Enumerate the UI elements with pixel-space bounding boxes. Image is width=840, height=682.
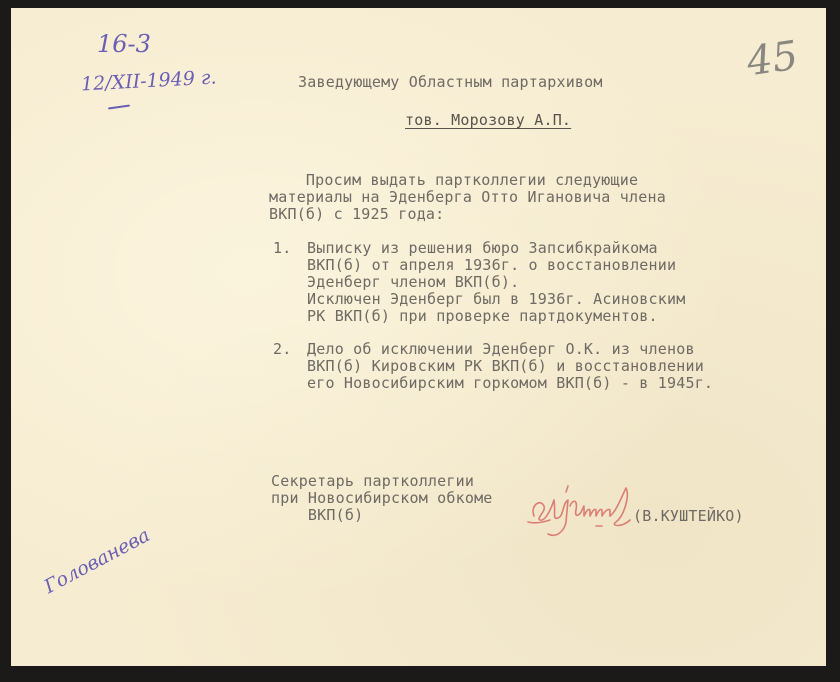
signatory-title-line: Секретарь партколлегии [271,473,493,490]
handwritten-reference: 16-3 [97,30,151,58]
addressee-line-2: тов. Морозову А.П. [405,112,571,129]
list-item-1: 1. Выписку из решения бюро Запсибкрайком… [273,240,685,325]
date-underline-mark [108,104,130,109]
item-line: РК ВКП(б) при проверке партдокументов. [307,308,685,325]
intro-line: материалы на Эденберга Отто Игановича чл… [269,189,666,206]
item-line: ВКП(б) Кировским РК ВКП(б) и восстановле… [307,358,713,375]
intro-line: Просим выдать партколлегии следующие [269,172,666,189]
item-line: Эденберг членом ВКП(б). [307,274,685,291]
list-item-2: 2. Дело об исключении Эденберг О.К. из ч… [273,341,713,392]
intro-paragraph: Просим выдать партколлегии следующие мат… [269,172,666,223]
addressee-line-1: Заведующему Областным партархивом [298,74,603,91]
document-page: 16-3 12/XII-1949 г. 45 Заведующему Облас… [11,8,826,666]
signatory-title-line: при Новосибирском обкоме [271,490,493,507]
handwritten-date: 12/XII-1949 г. [81,66,218,95]
item-number: 2. [273,341,303,358]
signatory-name: (В.КУШТЕЙКО) [633,508,744,525]
item-line: Выписку из решения бюро Запсибкрайкома [307,240,685,257]
item-number: 1. [273,240,303,257]
margin-handwritten-name: Голованева [41,524,154,598]
item-line: ВКП(б) от апреля 1936г. о восстановлении [307,257,685,274]
item-line: его Новосибирским горкомом ВКП(б) - в 19… [307,375,713,392]
signatory-title-line: ВКП(б) [271,507,493,524]
page-number: 45 [744,33,801,86]
item-line: Исключен Эденберг был в 1936г. Асиновски… [307,291,685,308]
item-line: Дело об исключении Эденберг О.К. из член… [307,341,713,358]
signature-block: Секретарь партколлегии при Новосибирском… [271,473,493,524]
intro-line: ВКП(б) с 1925 года: [269,206,666,223]
signature-icon [526,476,641,546]
